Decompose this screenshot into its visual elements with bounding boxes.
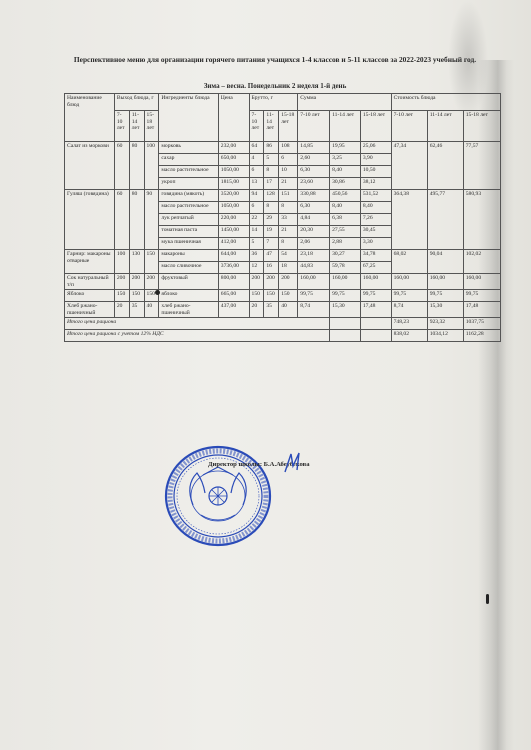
ingredient-gross: 150 xyxy=(279,290,298,302)
ingredient-sum: 3,25 xyxy=(330,154,361,166)
total-row: Итого цена рациона с учетом 12% НДС838,0… xyxy=(65,330,501,342)
document-subtitle: Зима – весна. Понедельник 2 неделя 1-й д… xyxy=(60,82,490,90)
ingredient-name: томатная паста xyxy=(159,226,218,238)
header-sum-age: 11-14 лет xyxy=(330,111,361,142)
dish-cost: 8,74 xyxy=(391,302,427,318)
ingredient-sum: 23,60 xyxy=(298,178,330,190)
dish-name: Хлеб ржано-пшеничный xyxy=(65,302,115,318)
dish-output: 40 xyxy=(144,302,159,318)
ingredient-gross: 10 xyxy=(279,166,298,178)
ingredient-gross: 13 xyxy=(249,178,264,190)
table-row: Хлеб ржано-пшеничный203540хлеб ржано-пше… xyxy=(65,302,501,318)
ingredient-name: говядина (мякоть) xyxy=(159,190,218,202)
dish-output: 200 xyxy=(114,274,129,290)
ingredient-gross: 6 xyxy=(249,202,264,214)
ingredient-sum: 20,30 xyxy=(298,226,330,238)
header-output-age: 7-10 лет xyxy=(114,111,129,142)
ingredient-gross: 12 xyxy=(249,262,264,274)
header-output-age: 11-14 лет xyxy=(129,111,144,142)
ingredient-name: хлеб ржано-пшеничный xyxy=(159,302,218,318)
header-gross-age: 15-18 лет xyxy=(279,111,298,142)
total-value: 838,02 xyxy=(391,330,427,342)
ingredient-gross: 6 xyxy=(279,154,298,166)
total-value: 748,23 xyxy=(391,318,427,330)
dish-output: 60 xyxy=(114,142,129,190)
ingredient-name: сахар xyxy=(159,154,218,166)
dish-cost: 495,77 xyxy=(427,190,463,250)
dish-cost: 15,30 xyxy=(427,302,463,318)
header-gross-age: 11-14 лет xyxy=(264,111,279,142)
document-title: Перспективное меню для организации горяч… xyxy=(60,54,490,65)
dish-cost: 99,75 xyxy=(463,290,500,302)
ingredient-name: масло растительное xyxy=(159,202,218,214)
total-empty xyxy=(330,330,361,342)
ingredient-sum: 2,88 xyxy=(330,238,361,250)
scan-spot xyxy=(155,290,160,295)
ingredient-sum: 160,00 xyxy=(360,274,391,290)
dish-cost: 102,02 xyxy=(463,250,500,274)
ingredient-sum: 8,40 xyxy=(330,202,361,214)
ingredient-gross: 33 xyxy=(279,214,298,226)
ingredient-sum: 6,38 xyxy=(330,214,361,226)
dish-output: 80 xyxy=(129,142,144,190)
ingredient-gross: 18 xyxy=(279,262,298,274)
dish-cost: 62,46 xyxy=(427,142,463,190)
ingredient-gross: 47 xyxy=(264,250,279,262)
dish-output: 150 xyxy=(129,290,144,302)
ingredient-name: морковь xyxy=(159,142,218,154)
total-empty xyxy=(330,318,361,330)
ingredient-sum: 160,00 xyxy=(298,274,330,290)
ingredient-sum: 10,50 xyxy=(360,166,391,178)
dish-cost: 160,00 xyxy=(391,274,427,290)
ingredient-name: мука пшеничная xyxy=(159,238,218,250)
ingredient-gross: 94 xyxy=(249,190,264,202)
ingredient-sum: 2,06 xyxy=(298,238,330,250)
ingredient-name: фруктовый xyxy=(159,274,218,290)
ingredient-name: масло сливочное xyxy=(159,262,218,274)
ingredient-gross: 200 xyxy=(279,274,298,290)
ingredient-gross: 4 xyxy=(249,154,264,166)
dish-cost: 77,57 xyxy=(463,142,500,190)
ingredient-gross: 16 xyxy=(264,262,279,274)
handwritten-signature-icon xyxy=(283,452,303,474)
ingredient-gross: 6 xyxy=(249,166,264,178)
total-empty xyxy=(360,318,391,330)
ingredient-gross: 21 xyxy=(279,226,298,238)
ingredient-sum: 30,86 xyxy=(330,178,361,190)
ingredient-sum: 30,45 xyxy=(360,226,391,238)
dish-output: 200 xyxy=(129,274,144,290)
table-row: Гуляш (говядина)608090говядина (мякоть)3… xyxy=(65,190,501,202)
ingredient-sum: 27,55 xyxy=(330,226,361,238)
menu-table: Наименование блюд Выход блюда, г Ингреди… xyxy=(64,93,501,342)
ingredient-gross: 8 xyxy=(264,166,279,178)
dish-output: 150 xyxy=(114,290,129,302)
table-row: Гарнир: макароны отварные100130150макаро… xyxy=(65,250,501,262)
ingredient-sum: 17,48 xyxy=(360,302,391,318)
ingredient-price: 800,00 xyxy=(218,274,249,290)
ingredient-gross: 21 xyxy=(279,178,298,190)
ingredient-sum: 59,78 xyxy=(330,262,361,274)
ingredient-sum: 3,90 xyxy=(360,154,391,166)
dish-cost: 99,75 xyxy=(391,290,427,302)
dish-cost: 364,38 xyxy=(391,190,427,250)
ingredient-sum: 23,18 xyxy=(298,250,330,262)
header-sum-age: 15-18 лет xyxy=(360,111,391,142)
scan-spot xyxy=(486,594,489,604)
dish-output: 35 xyxy=(129,302,144,318)
ingredient-sum: 99,75 xyxy=(298,290,330,302)
table-row: Сок натуральный т/п200200200фруктовый800… xyxy=(65,274,501,290)
dish-cost: 68,02 xyxy=(391,250,427,274)
ingredient-sum: 99,75 xyxy=(330,290,361,302)
header-dish-name: Наименование блюд xyxy=(65,94,115,142)
ingredient-price: 3520,00 xyxy=(218,190,249,202)
ingredient-price: 3736,00 xyxy=(218,262,249,274)
ingredient-sum: 15,30 xyxy=(330,302,361,318)
ingredient-sum: 44,83 xyxy=(298,262,330,274)
ingredient-sum: 6,30 xyxy=(298,202,330,214)
ingredient-sum: 67,25 xyxy=(360,262,391,274)
dish-output: 90 xyxy=(144,190,159,250)
dish-cost: 17,48 xyxy=(463,302,500,318)
total-label: Итого цена рациона с учетом 12% НДС xyxy=(65,330,330,342)
total-value: 1034,12 xyxy=(427,330,463,342)
ingredient-sum: 19,95 xyxy=(330,142,361,154)
ingredient-sum: 3,30 xyxy=(360,238,391,250)
total-value: 1162,28 xyxy=(463,330,500,342)
ingredient-sum: 99,75 xyxy=(360,290,391,302)
ingredient-sum: 6,30 xyxy=(298,166,330,178)
header-cost-age: 11-14 лет xyxy=(427,111,463,142)
dish-output: 200 xyxy=(144,274,159,290)
ingredient-gross: 22 xyxy=(249,214,264,226)
ingredient-gross: 19 xyxy=(264,226,279,238)
ingredient-sum: 25,06 xyxy=(360,142,391,154)
ingredient-gross: 86 xyxy=(264,142,279,154)
ingredient-sum: 160,00 xyxy=(330,274,361,290)
ingredient-gross: 5 xyxy=(264,154,279,166)
header-output: Выход блюда, г xyxy=(114,94,159,111)
total-label: Итого цена рациона xyxy=(65,318,330,330)
ingredient-gross: 8 xyxy=(279,238,298,250)
dish-name: Салат из моркови xyxy=(65,142,115,190)
ingredient-sum: 4,84 xyxy=(298,214,330,226)
ingredient-gross: 128 xyxy=(264,190,279,202)
dish-name: Сок натуральный т/п xyxy=(65,274,115,290)
header-cost-age: 15-18 лет xyxy=(463,111,500,142)
ingredient-price: 437,00 xyxy=(218,302,249,318)
dish-cost: 99,75 xyxy=(427,290,463,302)
ingredient-sum: 30,27 xyxy=(330,250,361,262)
ingredient-gross: 151 xyxy=(279,190,298,202)
ingredient-price: 1815,00 xyxy=(218,178,249,190)
dish-cost: 580,93 xyxy=(463,190,500,250)
ingredient-sum: 8,40 xyxy=(360,202,391,214)
ingredient-name: лук репчатый xyxy=(159,214,218,226)
dish-output: 60 xyxy=(114,190,129,250)
ingredient-gross: 200 xyxy=(249,274,264,290)
dish-output: 80 xyxy=(129,190,144,250)
header-price: Цена xyxy=(218,94,249,142)
total-empty xyxy=(360,330,391,342)
total-value: 923,32 xyxy=(427,318,463,330)
dish-name: Гуляш (говядина) xyxy=(65,190,115,250)
ingredient-sum: 2,60 xyxy=(298,154,330,166)
ingredient-gross: 8 xyxy=(279,202,298,214)
total-row: Итого цена рациона748,23923,321037,75 xyxy=(65,318,501,330)
table-row: Салат из моркови6080100морковь232,006486… xyxy=(65,142,501,154)
ingredient-gross: 150 xyxy=(249,290,264,302)
ingredient-gross: 108 xyxy=(279,142,298,154)
header-gross-age: 7-10 лет xyxy=(249,111,264,142)
header-sum-age: 7-10 лет xyxy=(298,111,330,142)
ingredient-price: 665,00 xyxy=(218,290,249,302)
ingredient-gross: 14 xyxy=(249,226,264,238)
ingredient-gross: 5 xyxy=(249,238,264,250)
header-gross: Брутто, г xyxy=(249,94,298,111)
dish-output: 150 xyxy=(144,250,159,274)
ingredient-sum: 34,78 xyxy=(360,250,391,262)
ingredient-sum: 450,56 xyxy=(330,190,361,202)
ingredient-price: 232,00 xyxy=(218,142,249,154)
dish-name: Яблоко xyxy=(65,290,115,302)
ingredient-gross: 20 xyxy=(249,302,264,318)
ingredient-sum: 38,12 xyxy=(360,178,391,190)
ingredient-gross: 8 xyxy=(264,202,279,214)
ingredient-price: 412,00 xyxy=(218,238,249,250)
ingredient-sum: 330,88 xyxy=(298,190,330,202)
ingredient-gross: 7 xyxy=(264,238,279,250)
ingredient-sum: 531,52 xyxy=(360,190,391,202)
dish-cost: 160,00 xyxy=(427,274,463,290)
header-sum: Сумма xyxy=(298,94,391,111)
header-output-age: 15-18 лет xyxy=(144,111,159,142)
ingredient-sum: 8,74 xyxy=(298,302,330,318)
ingredient-sum: 14,85 xyxy=(298,142,330,154)
ingredient-price: 1050,00 xyxy=(218,202,249,214)
header-dish-cost: Стоимость блюда xyxy=(391,94,500,111)
ingredient-price: 1050,00 xyxy=(218,166,249,178)
ingredient-sum: 8,40 xyxy=(330,166,361,178)
ingredient-price: 644,00 xyxy=(218,250,249,262)
ingredient-gross: 150 xyxy=(264,290,279,302)
header-ingredients: Ингредиенты блюда xyxy=(159,94,218,142)
ingredient-name: яблоко xyxy=(159,290,218,302)
ingredient-gross: 200 xyxy=(264,274,279,290)
total-value: 1037,75 xyxy=(463,318,500,330)
ingredient-name: масло растительное xyxy=(159,166,218,178)
ingredient-name: укроп xyxy=(159,178,218,190)
ingredient-gross: 64 xyxy=(249,142,264,154)
dish-cost: 47,34 xyxy=(391,142,427,190)
dish-output: 100 xyxy=(114,250,129,274)
dish-output: 20 xyxy=(114,302,129,318)
ingredient-name: макароны xyxy=(159,250,218,262)
ingredient-gross: 29 xyxy=(264,214,279,226)
dish-name: Гарнир: макароны отварные xyxy=(65,250,115,274)
ingredient-gross: 36 xyxy=(249,250,264,262)
dish-output: 100 xyxy=(144,142,159,190)
ingredient-price: 220,00 xyxy=(218,214,249,226)
dish-cost: 90,04 xyxy=(427,250,463,274)
ingredient-sum: 7,26 xyxy=(360,214,391,226)
ingredient-gross: 40 xyxy=(279,302,298,318)
ingredient-gross: 54 xyxy=(279,250,298,262)
dish-output: 130 xyxy=(129,250,144,274)
header-cost-age: 7-10 лет xyxy=(391,111,427,142)
ingredient-price: 650,00 xyxy=(218,154,249,166)
ingredient-gross: 17 xyxy=(264,178,279,190)
dish-cost: 160,00 xyxy=(463,274,500,290)
ingredient-gross: 35 xyxy=(264,302,279,318)
table-row: Яблоко150150150яблоко665,0015015015099,7… xyxy=(65,290,501,302)
ingredient-price: 1450,00 xyxy=(218,226,249,238)
